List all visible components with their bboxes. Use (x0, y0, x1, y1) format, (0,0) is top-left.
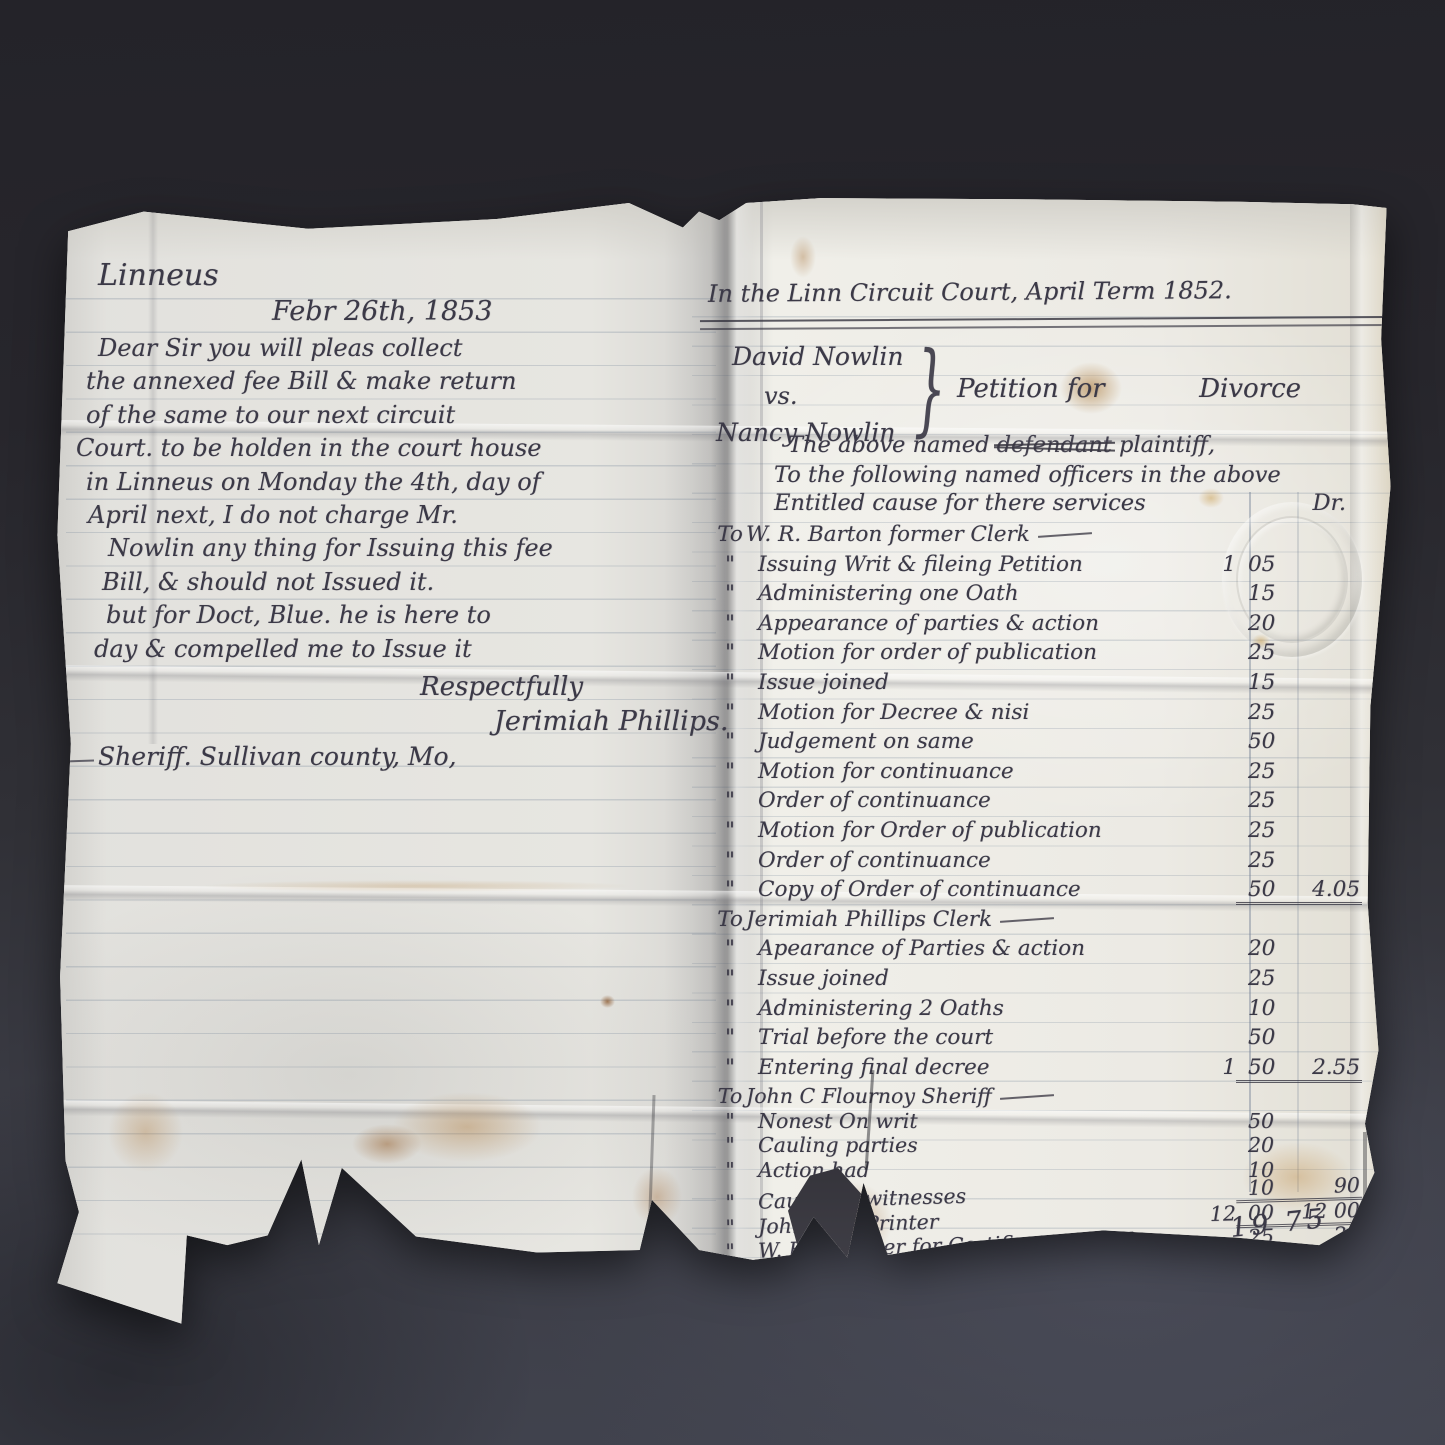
fee-row-prefix: " (702, 877, 758, 902)
document-paper: Linneus Febr 26th, 1853 Dear Sir you wil… (52, 192, 1400, 1418)
fee-row-dollars: 1 (1208, 552, 1236, 577)
fee-row-cents: 20 (1236, 936, 1296, 961)
letter-line: Nowlin any thing for Issuing this fee (86, 532, 746, 565)
fee-table: To W. R. Barton former Clerk " Issuing W… (702, 522, 1362, 1256)
fee-row: " Cauling parties 20 (702, 1133, 1362, 1158)
plaintiff-name: David Nowlin (732, 342, 903, 371)
tear-crack-3 (1363, 1132, 1367, 1207)
fee-row-description: Nonest On writ (758, 1109, 1208, 1133)
fee-row-subtotal: 4.05 (1296, 877, 1362, 905)
fee-row: " Motion for order of publication 25 (702, 640, 1362, 670)
fee-row-description: Issue joined (758, 966, 1208, 991)
struck-word: defendant (997, 432, 1112, 458)
fee-row-cents: 25 (1236, 700, 1296, 725)
fee-row: " Entering final decree 1 50 2.55 (702, 1055, 1362, 1085)
fee-row-prefix: " (702, 1055, 758, 1080)
fee-row-subtotal: 2.55 (1296, 1055, 1362, 1083)
fold-stain (790, 236, 816, 278)
fee-row-description: Motion for Order of publication (758, 818, 1208, 843)
fee-row-description: Issuing Writ & fileing Petition (758, 552, 1208, 577)
preamble-line-1: The above named defendant plaintiff, (788, 432, 1215, 458)
fee-row-prefix: " (702, 848, 758, 873)
fee-row-prefix: " (702, 966, 758, 991)
fee-row-prefix: " (702, 996, 758, 1021)
fee-row-cents: 25 (1236, 759, 1296, 784)
fee-row-description: John C Flournoy Sheriff (746, 1084, 1208, 1108)
letter-place: Linneus (98, 258, 219, 293)
fee-row-description: Administering 2 Oaths (758, 996, 1208, 1021)
fee-row-description: Motion for Decree & nisi (758, 700, 1208, 725)
fee-row: " Motion for Decree & nisi 25 (702, 700, 1362, 730)
court-header: In the Linn Circuit Court, April Term 18… (708, 276, 1232, 308)
letter-line: of the same to our next circuit (86, 399, 746, 432)
fee-row-description: Order of continuance (758, 848, 1208, 873)
fee-row: " Order of continuance 25 (702, 788, 1362, 818)
fee-row: " Apearance of Parties & action 20 (702, 936, 1362, 966)
fee-row-prefix: " (702, 1133, 758, 1157)
fee-row-description: Apearance of Parties & action (758, 936, 1208, 961)
fee-row-cents: 25 (1236, 640, 1296, 665)
fee-row-cents: 50 (1236, 729, 1296, 754)
fee-row: " Motion for Order of publication 25 (702, 818, 1362, 848)
letter-line: Bill, & should not Issued it. (86, 566, 746, 599)
fee-row: " Judgement on same 50 (702, 729, 1362, 759)
fee-row-dollars: 1 (1208, 1055, 1236, 1080)
fee-row-prefix: " (702, 818, 758, 843)
fee-row-cents: 25 (1236, 788, 1296, 813)
fee-row: " Nonest On writ 50 (702, 1109, 1362, 1134)
fee-row: " Copy of Order of continuance 50 4.05 (702, 877, 1362, 907)
fee-row-description: Motion for continuance (758, 759, 1208, 784)
fee-row: " Administering one Oath 15 (702, 581, 1362, 611)
fee-row: " Administering 2 Oaths 10 (702, 996, 1362, 1026)
fee-row-description: Judgement on same (758, 729, 1208, 754)
fee-row-description: Entering final decree (758, 1055, 1208, 1080)
fee-row-prefix: " (702, 670, 758, 695)
fee-row-cents: 20 (1236, 611, 1296, 636)
crack-stain (632, 1167, 682, 1227)
photo-background: Linneus Febr 26th, 1853 Dear Sir you wil… (0, 0, 1445, 1445)
fee-row-cents: 50 (1236, 1055, 1296, 1083)
fee-row-prefix: " (702, 640, 758, 665)
fee-row-cents: 50 (1236, 1109, 1296, 1133)
fee-row-description: Order of continuance (758, 788, 1208, 813)
fee-row-cents: 50 (1236, 877, 1296, 905)
preamble-line-3: Entitled cause for there services Dr. (774, 490, 1346, 516)
fee-row: " Issue joined 15 (702, 670, 1362, 700)
preamble-services-text: Entitled cause for there services (774, 490, 1146, 516)
letter-date: Febr 26th, 1853 (272, 296, 492, 327)
fee-row: " Trial before the court 50 (702, 1025, 1362, 1055)
fee-row-prefix: " (702, 1214, 759, 1240)
fee-row-prefix: " (702, 788, 758, 813)
fee-row-description: Cauling parties (758, 1133, 1208, 1157)
fee-row: To John C Flournoy Sheriff (702, 1084, 1362, 1109)
letter-signature: Jerimiah Phillips. (494, 706, 728, 737)
caption-brace: } (914, 330, 946, 447)
fee-row-cents: 50 (1236, 1025, 1296, 1050)
letter-line: but for Doct, Blue. he is here to (86, 599, 746, 632)
fee-row-prefix: " (702, 581, 758, 606)
fee-row: " Issuing Writ & fileing Petition 1 05 (702, 552, 1362, 582)
letter-line: the annexed fee Bill & make return (86, 365, 746, 398)
case-type-line: Petition for Divorce (957, 374, 1301, 404)
fee-row: " Motion for continuance 25 (702, 759, 1362, 789)
fee-row-description: Administering one Oath (758, 581, 1208, 606)
foxing-stain-spot (352, 1124, 422, 1164)
preamble-text: The above named (788, 432, 989, 458)
fee-row: To Jerimiah Phillips Clerk (702, 907, 1362, 937)
fee-row-cents: 15 (1236, 670, 1296, 695)
fee-row-prefix: " (702, 1109, 758, 1133)
letter-line: in Linneus on Monday the 4th, day of (86, 466, 746, 499)
fee-row-description: Trial before the court (758, 1025, 1208, 1050)
fee-row-prefix: " (702, 936, 758, 961)
fee-row-description: Copy of Order of continuance (758, 877, 1208, 902)
fee-row-cents: 10 (1236, 996, 1296, 1021)
fee-row-prefix: " (702, 729, 758, 754)
letter-line: Court. to be holden in the court house (76, 432, 746, 465)
fee-row-cents: 25 (1236, 818, 1296, 843)
fee-row-prefix: " (702, 1239, 759, 1265)
left-edge-stain (108, 1092, 183, 1172)
fee-row-prefix: " (702, 700, 758, 725)
letter-signer-title: Sheriff. Sullivan county, Mo, (98, 742, 456, 771)
case-type-prefix: Petition for (957, 374, 1105, 404)
fee-row-cents: 20 (1236, 1133, 1296, 1157)
fee-row-dollars (1208, 1196, 1236, 1197)
letter-line: day & compelled me to Issue it (86, 633, 746, 666)
crease-speckle-stain (202, 880, 632, 892)
fee-row: " Order of continuance 25 (702, 848, 1362, 878)
vs-label: vs. (764, 382, 798, 410)
fee-row-prefix: " (702, 1158, 758, 1182)
letter-line: April next, I do not charge Mr. (86, 499, 746, 532)
fee-row-dollars (1208, 1245, 1236, 1246)
letter-closing: Respectfully (420, 672, 583, 702)
fee-row-prefix: " (702, 759, 758, 784)
fee-row-cents: 05 (1236, 552, 1296, 577)
fee-row-prefix: " (702, 1190, 759, 1216)
dr-label: Dr. (1313, 490, 1346, 516)
fee-row-prefix: " (702, 552, 758, 577)
fee-row-description: Motion for order of publication (758, 640, 1208, 665)
preamble-text-post: plaintiff, (1119, 432, 1215, 458)
case-type: Divorce (1199, 374, 1301, 404)
letter-line: Dear Sir you will pleas collect (86, 332, 746, 365)
ink-spot-stain (600, 995, 615, 1008)
paper-shadow-wrap: Linneus Febr 26th, 1853 Dear Sir you wil… (0, 0, 1445, 1445)
fee-row-cents: 15 (1236, 581, 1296, 606)
fee-row-cents: 25 (1236, 966, 1296, 991)
preamble-line-2: To the following named officers in the a… (774, 462, 1281, 488)
fee-row-description: W. H. Switzler for Certificate & Seal (758, 1226, 1208, 1263)
fee-row: To W. R. Barton former Clerk (702, 522, 1362, 552)
fee-row-description: Appearance of parties & action (758, 611, 1208, 636)
fee-row: " Issue joined 25 (702, 966, 1362, 996)
fee-row-description: Issue joined (758, 670, 1208, 695)
fee-row-prefix: " (702, 611, 758, 636)
fee-row-cents: 25 (1236, 848, 1296, 873)
fee-row-description: W. R. Barton former Clerk (746, 522, 1208, 547)
fee-row-description: Jerimiah Phillips Clerk (746, 907, 1208, 932)
fee-row-prefix: " (702, 1025, 758, 1050)
letter-body: Dear Sir you will pleas collect the anne… (86, 332, 746, 666)
fee-row: " Appearance of parties & action 20 (702, 611, 1362, 641)
